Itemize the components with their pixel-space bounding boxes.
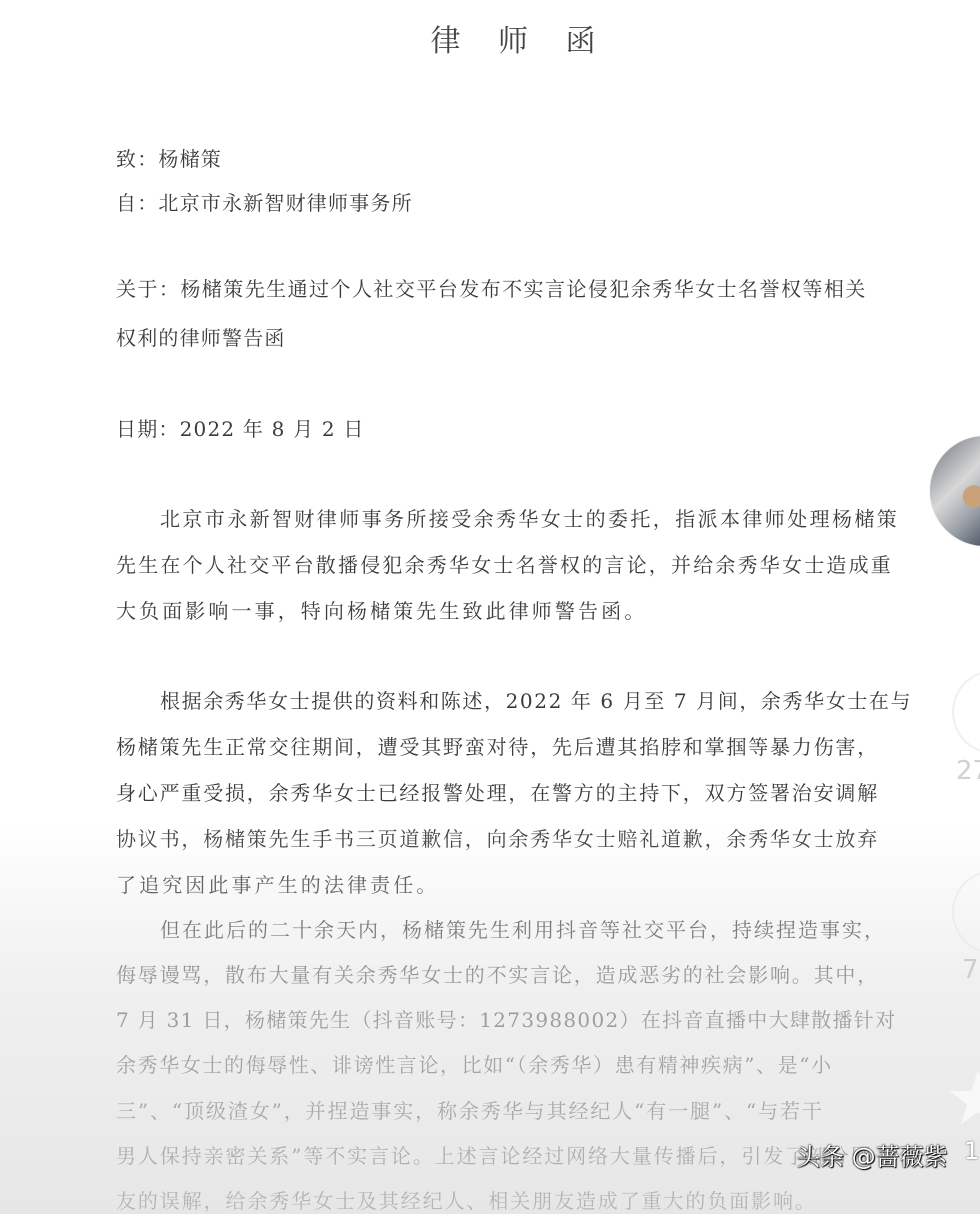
subject-line-2: 权利的律师警告函 bbox=[116, 322, 286, 351]
date-line: 日期：2022 年 8 月 2 日 bbox=[116, 413, 365, 442]
subject-line-1: 关于：杨槠策先生通过个人社交平台发布不实言论侵犯余秀华女士名誉权等相关 bbox=[116, 273, 867, 302]
document-title: 律 师 函 bbox=[0, 16, 980, 60]
recipient-line: 致：杨槠策 bbox=[116, 143, 222, 172]
favorite-count: 1 bbox=[964, 1137, 979, 1165]
paragraph-3-line-5: 三”、“顶级渣女”，并捏造事实，称余秀华与其经纪人“有一腿”、“与若干 bbox=[116, 1095, 824, 1124]
paragraph-1-line-3: 大负面影响一事，特向杨槠策先生致此律师警告函。 bbox=[116, 595, 647, 624]
paragraph-1-line-2: 先生在个人社交平台散播侵犯余秀华女士名誉权的言论，并给余秀华女士造成重 bbox=[116, 549, 893, 578]
paragraph-3-line-1: 但在此后的二十余天内，杨槠策先生利用抖音等社交平台，持续捏造事实， bbox=[160, 914, 886, 943]
paragraph-2-line-4: 协议书，杨槠策先生手书三页道歉信，向余秀华女士赔礼道歉，余秀华女士放弃 bbox=[116, 823, 879, 852]
paragraph-3-line-3: 7 月 31 日，杨槠策先生（抖音账号：1273988002）在抖音直播中大肆散… bbox=[116, 1004, 896, 1033]
paragraph-3-line-7: 友的误解，给余秀华女士及其经纪人、相关朋友造成了重大的负面影响。 bbox=[116, 1185, 817, 1214]
paragraph-2-line-1: 根据余秀华女士提供的资料和陈述，2022 年 6 月至 7 月间，余秀华女士在与 bbox=[160, 685, 912, 714]
comment-count: 7 bbox=[962, 955, 979, 985]
document-page: 律 师 函 致：杨槠策 自：北京市永新智财律师事务所 关于：杨槠策先生通过个人社… bbox=[0, 0, 980, 1214]
like-count: 27 bbox=[956, 756, 980, 786]
paragraph-2-line-3: 身心严重受损，余秀华女士已经报警处理，在警方的主持下，双方签署治安调解 bbox=[116, 777, 879, 806]
paragraph-1-line-1: 北京市永新智财律师事务所接受余秀华女士的委托，指派本律师处理杨槠策 bbox=[160, 503, 899, 532]
paragraph-3-line-2: 侮辱谩骂，散布大量有关余秀华女士的不实言论，造成恶劣的社会影响。其中， bbox=[116, 959, 879, 988]
paragraph-3-line-6: 男人保持亲密关系”等不实言论。上述言论经过网络大量传播后，引发了部分网 bbox=[116, 1140, 873, 1169]
toutiao-watermark: 头条 @蔷薇紫 bbox=[796, 1137, 948, 1172]
paragraph-2-line-2: 杨槠策先生正常交往期间，遭受其野蛮对待，先后遭其掐脖和掌掴等暴力伤害， bbox=[116, 731, 879, 760]
paragraph-2-line-5: 了追究因此事产生的法律责任。 bbox=[116, 869, 439, 898]
sender-line: 自：北京市永新智财律师事务所 bbox=[116, 187, 413, 216]
paragraph-3-line-4: 余秀华女士的侮辱性、诽谤性言论，比如“（余秀华）患有精神疾病”、是“小 bbox=[116, 1049, 833, 1078]
